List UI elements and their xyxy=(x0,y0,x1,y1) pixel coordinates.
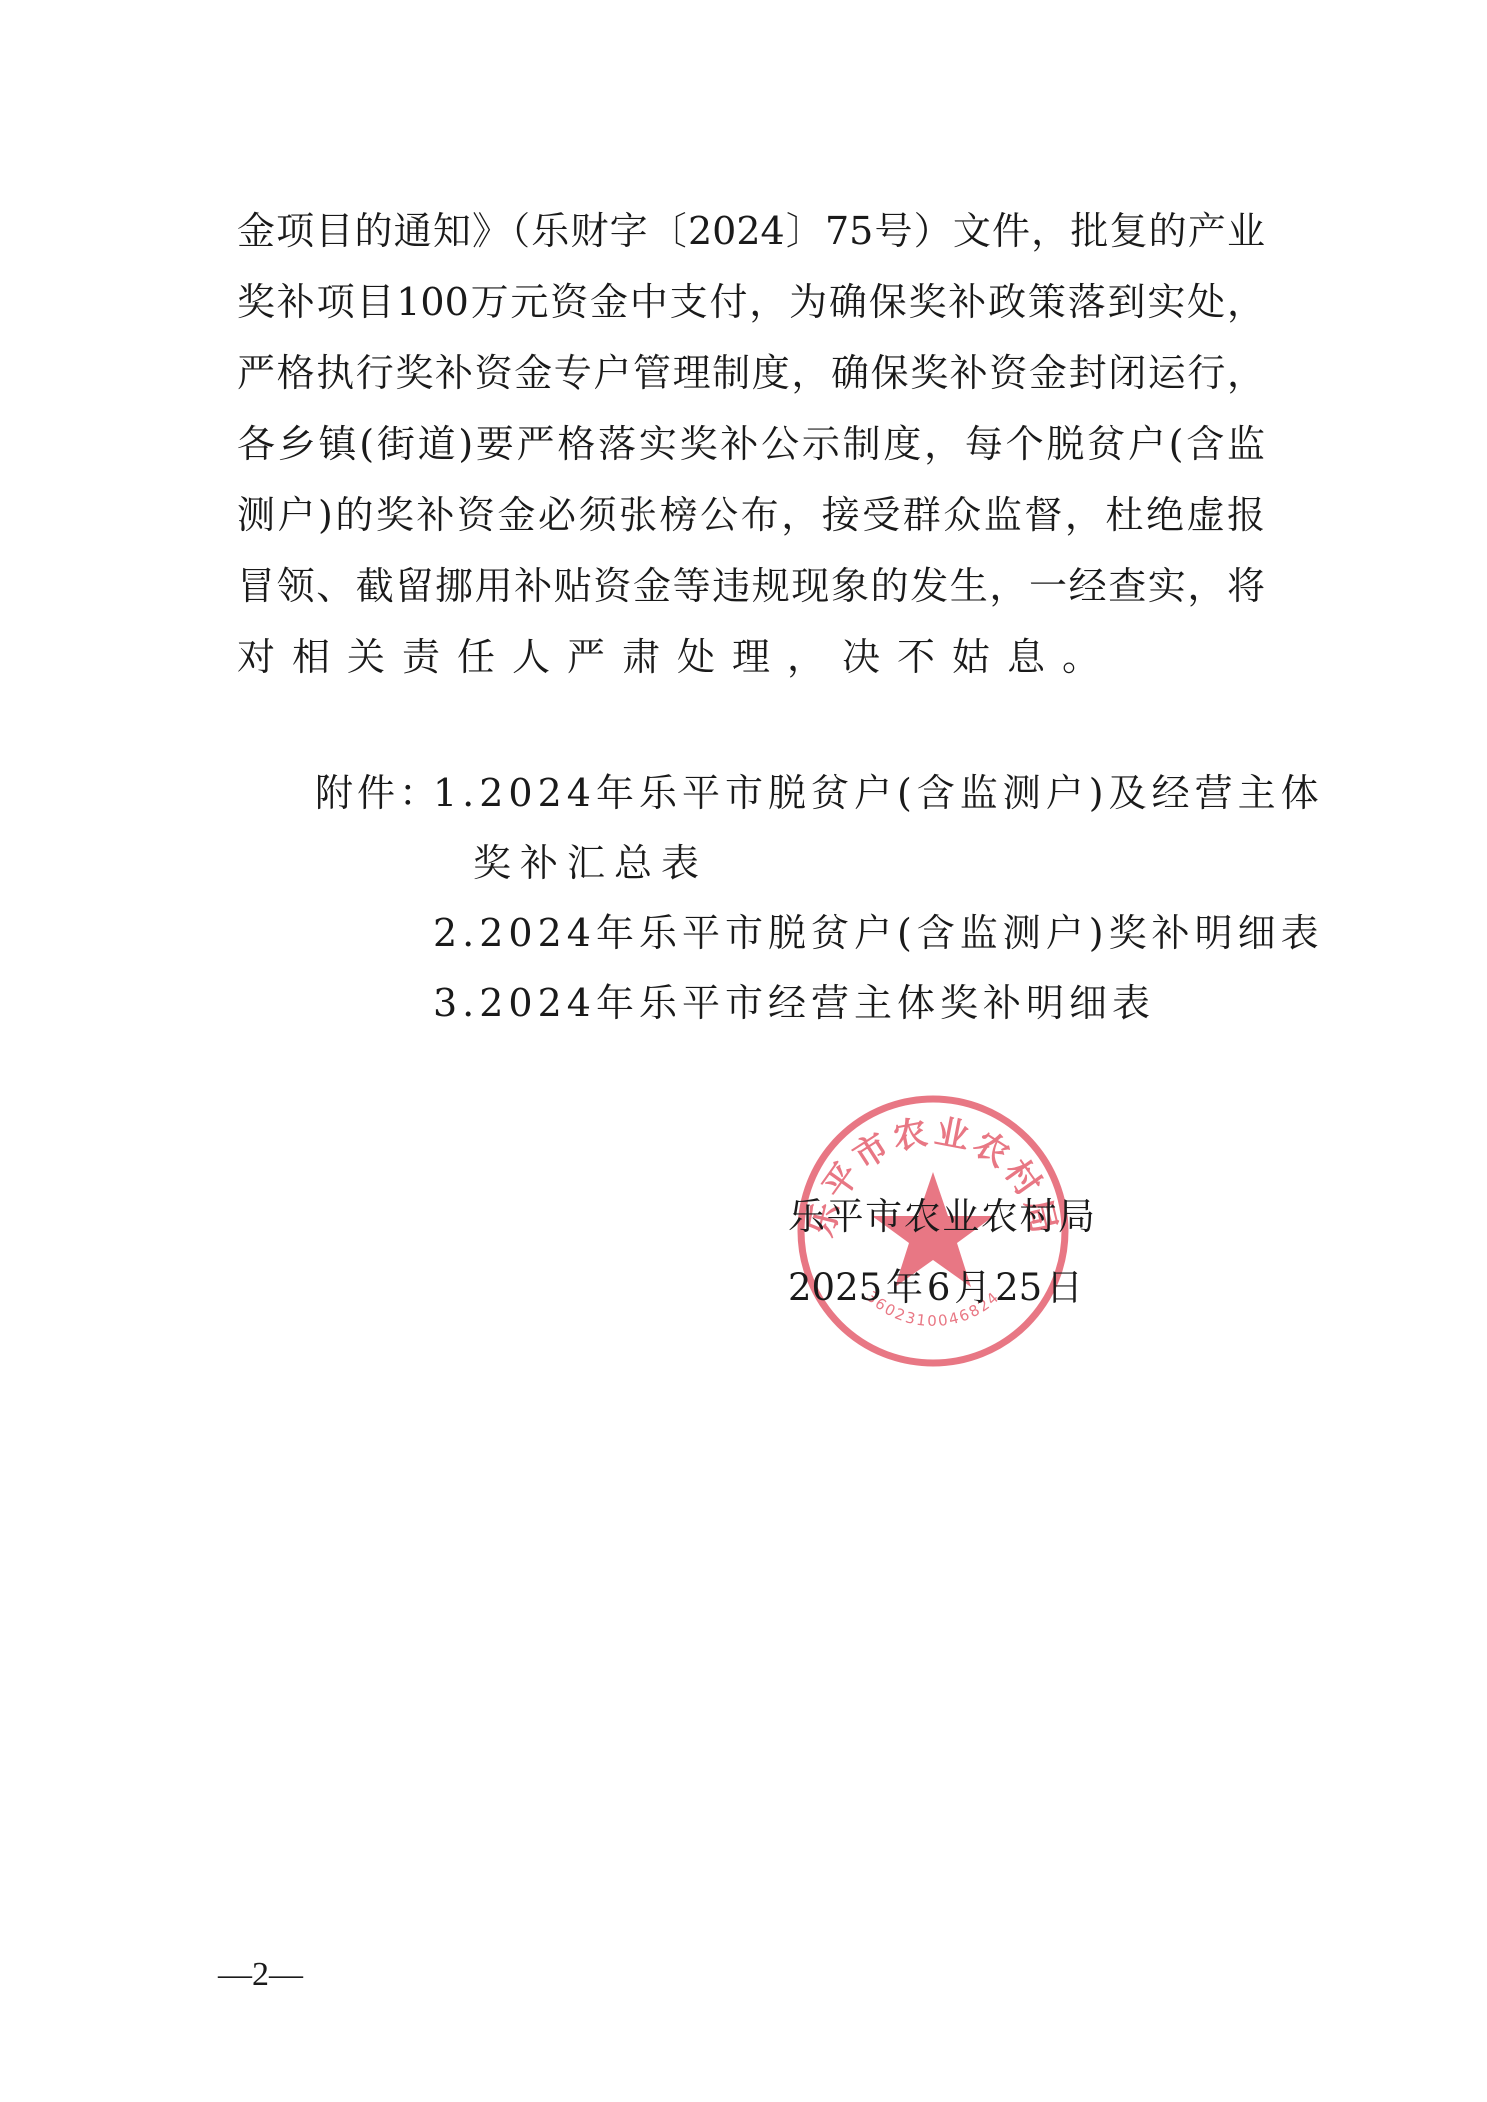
attachment-item-2: 2.2024年乐平市脱贫户(含监测户)奖补明细表 xyxy=(433,911,1324,955)
signature-date: 2025年6月25日 xyxy=(788,1266,1083,1310)
attachments-label: 附件： xyxy=(315,771,441,815)
body-line-6: 冒领、截留挪用补贴资金等违规现象的发生，一经查实，将 xyxy=(237,564,1265,608)
body-line-2: 奖补项目100万元资金中支付，为确保奖补政策落到实处， xyxy=(237,280,1265,324)
page-number: —2— xyxy=(218,1955,303,1995)
body-line-1: 金项目的通知》（乐财字〔2024〕75号）文件，批复的产业 xyxy=(237,209,1265,253)
body-line-5: 测户)的奖补资金必须张榜公布，接受群众监督，杜绝虚报 xyxy=(237,493,1265,537)
attachment-item-3: 3.2024年乐平市经营主体奖补明细表 xyxy=(433,981,1155,1025)
attachment-item-1-continuation: 奖补汇总表 xyxy=(473,841,708,885)
body-line-3: 严格执行奖补资金专户管理制度，确保奖补资金封闭运行， xyxy=(237,351,1265,395)
body-line-7: 对相关责任人严肃处理，决不姑息。 xyxy=(237,635,1265,679)
signature-organization: 乐平市农业农村局 xyxy=(788,1195,1095,1239)
attachment-item-1: 1.2024年乐平市脱贫户(含监测户)及经营主体 xyxy=(433,771,1324,815)
body-line-4: 各乡镇(街道)要严格落实奖补公示制度，每个脱贫户(含监 xyxy=(237,422,1265,466)
